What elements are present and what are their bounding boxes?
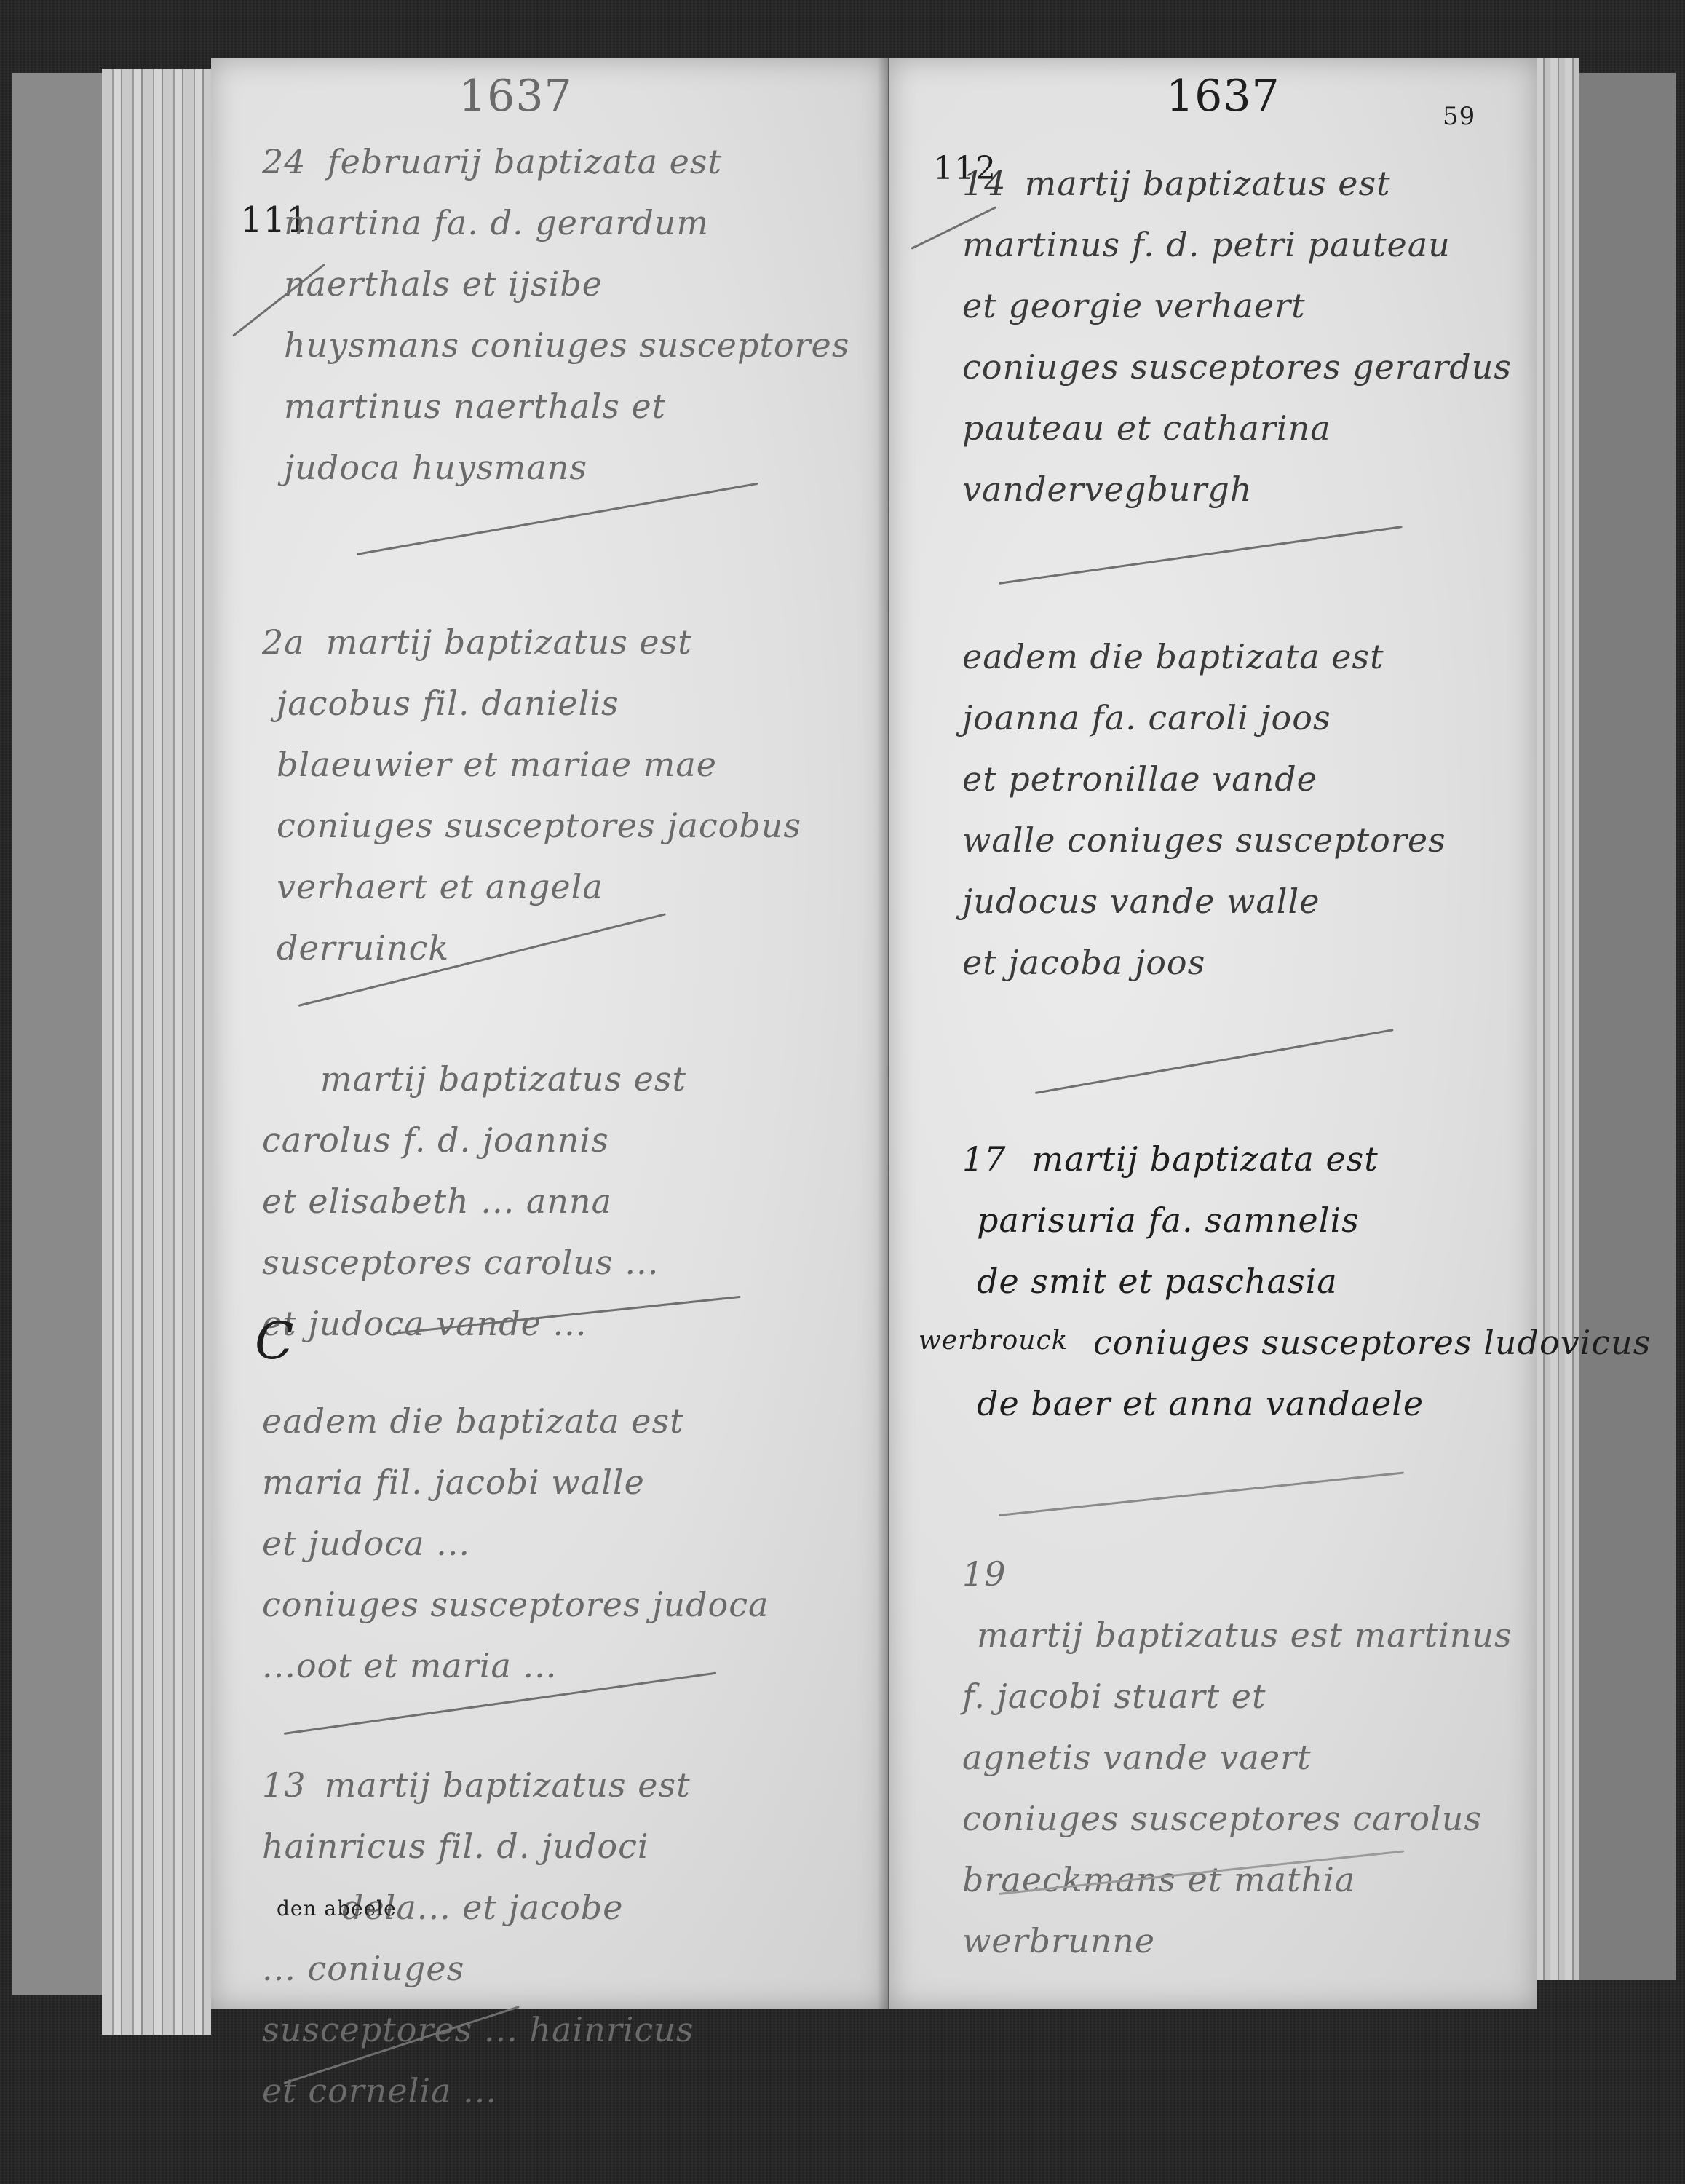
entry-line: agnetis vande vaert xyxy=(962,1727,1537,1788)
entry-line: maria fil. jacobi walle xyxy=(262,1452,769,1513)
margin-mark: C xyxy=(255,1310,295,1372)
entry-line: et petronillae vande xyxy=(962,748,1446,810)
entry-line: coniuges susceptores carolus xyxy=(962,1788,1537,1849)
entry-line: blaeuwier et mariae mae xyxy=(277,734,801,795)
margin-note-right: werbrouck xyxy=(919,1310,1068,1372)
page-stack-right xyxy=(1536,58,1579,1980)
entry-line: huysmans coniuges susceptores xyxy=(284,314,849,376)
entry-date: 19 xyxy=(962,1554,1007,1594)
entry-line: ... coniuges xyxy=(262,1938,694,1999)
entry-date: 24 xyxy=(262,142,306,181)
entry-line: susceptores ... hainricus xyxy=(262,1999,694,2060)
entry-date: 2a xyxy=(262,622,305,662)
entry-line: martij baptizatus est xyxy=(1025,164,1391,203)
entry-line: coniuges susceptores jacobus xyxy=(277,795,801,856)
folio-number: 59 xyxy=(1443,86,1475,147)
entry-line: eadem die baptizata est xyxy=(262,1390,769,1452)
entry-line: verhaert et angela xyxy=(277,856,801,917)
left-page: 1637 111 24 februarij baptizata est mart… xyxy=(211,58,889,2009)
entry-line: et georgie verhaert xyxy=(962,275,1512,336)
left-entry-4: eadem die baptizata est maria fil. jacob… xyxy=(262,1390,769,1696)
entry-line: martij baptizatus est xyxy=(320,1048,686,1109)
entry-line: martij baptizatus est xyxy=(325,1765,691,1805)
entry-line: et jacoba joos xyxy=(962,932,1446,993)
entry-line: pauteau et catharina xyxy=(962,397,1512,459)
entry-line: martij baptizata est xyxy=(1032,1139,1379,1179)
right-entry-3: 17 martij baptizata est parisuria fa. sa… xyxy=(962,1128,1651,1434)
entry-line: et elisabeth ... anna xyxy=(262,1171,686,1232)
entry-line: naerthals et ijsibe xyxy=(284,253,849,314)
entry-line: februarij baptizata est xyxy=(328,142,722,181)
entry-line: martinus f. d. petri pauteau xyxy=(962,214,1512,275)
right-entry-2: eadem die baptizata est joanna fa. carol… xyxy=(962,626,1446,993)
right-page: 1637 59 112 14 martij baptizatus est mar… xyxy=(889,58,1537,2009)
entry-line: jacobus fil. danielis xyxy=(277,673,801,734)
entry-line: coniuges susceptores gerardus xyxy=(962,336,1512,397)
book-cover-left xyxy=(12,73,104,1995)
year-header-right: 1637 xyxy=(1166,66,1280,127)
entry-line: carolus f. d. joannis xyxy=(262,1109,686,1171)
entry-line: martinus naerthals et xyxy=(284,376,849,437)
book-cover-right xyxy=(1572,73,1676,1980)
entry-line: de baer et anna vandaele xyxy=(977,1373,1651,1434)
left-entry-2: 2a martij baptizatus est jacobus fil. da… xyxy=(262,612,801,978)
entry-line: judoca huysmans xyxy=(284,437,849,498)
entry-line: parisuria fa. samnelis xyxy=(977,1190,1651,1251)
entry-line: martina fa. d. gerardum xyxy=(284,192,849,253)
right-entry-4: 19 martij baptizatus est martinus f. jac… xyxy=(962,1543,1537,1971)
entry-line: werbrunne xyxy=(962,1910,1537,1971)
page-stack-left xyxy=(102,69,211,2035)
entry-line: susceptores carolus ... xyxy=(262,1232,686,1293)
entry-line: hainricus fil. d. judoci xyxy=(262,1816,694,1877)
entry-line: walle coniuges susceptores xyxy=(962,810,1446,871)
left-entry-1: 24 februarij baptizata est martina fa. d… xyxy=(262,131,849,498)
entry-line: de smit et paschasia xyxy=(977,1251,1651,1312)
entry-line: et judoca ... xyxy=(262,1513,769,1574)
entry-line: judocus vande walle xyxy=(962,871,1446,932)
entry-separator xyxy=(1035,1029,1394,1094)
entry-line: joanna fa. caroli joos xyxy=(962,687,1446,748)
entry-line: eadem die baptizata est xyxy=(962,626,1446,687)
entry-date: 17 xyxy=(962,1139,1007,1179)
entry-line: vandervegburgh xyxy=(962,459,1512,520)
entry-line: coniuges susceptores ludovicus xyxy=(1093,1312,1651,1373)
entry-line: f. jacobi stuart et xyxy=(962,1666,1537,1727)
entry-line: braeckmans et mathia xyxy=(962,1849,1537,1910)
margin-note-left: den abeele xyxy=(277,1878,397,1939)
entry-line: derruinck xyxy=(277,917,801,978)
year-header-left: 1637 xyxy=(459,66,573,127)
entry-line: ...oot et maria ... xyxy=(262,1635,769,1696)
entry-date: 13 xyxy=(262,1765,306,1805)
entry-separator xyxy=(999,526,1403,585)
entry-line: coniuges susceptores judoca xyxy=(262,1574,769,1635)
entry-date: 14 xyxy=(962,164,1007,203)
entry-line: martij baptizatus est xyxy=(326,622,692,662)
right-entry-1: 14 martij baptizatus est martinus f. d. … xyxy=(962,153,1512,520)
entry-line: martij baptizatus est martinus xyxy=(977,1615,1512,1655)
entry-separator xyxy=(999,1471,1404,1516)
